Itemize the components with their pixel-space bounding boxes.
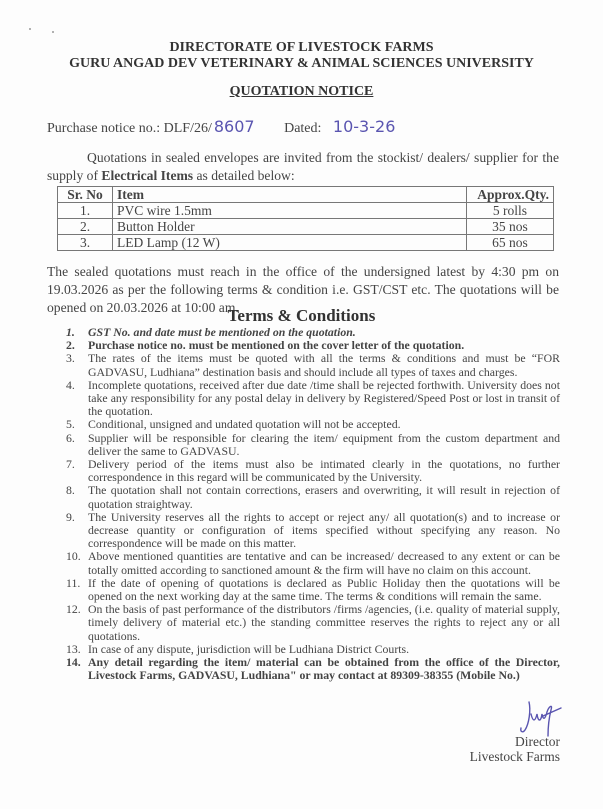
- cell-item: LED Lamp (12 W): [113, 235, 467, 251]
- cell-sr: 3.: [58, 235, 113, 251]
- term-text: The University reserves all the rights t…: [88, 510, 560, 550]
- org-name-line2: GURU ANGAD DEV VETERINARY & ANIMAL SCIEN…: [0, 56, 603, 72]
- term-number: 7.: [66, 458, 75, 471]
- term-number: 14.: [66, 656, 81, 669]
- items-table: Sr. No Item Approx.Qty. 1. PVC wire 1.5m…: [57, 186, 554, 251]
- term-item: 8.The quotation shall not contain correc…: [62, 484, 560, 510]
- term-text: Above mentioned quantities are tentative…: [88, 549, 560, 576]
- term-number: 9.: [66, 511, 75, 524]
- term-text: The quotation shall not contain correcti…: [88, 483, 560, 510]
- term-text: Any detail regarding the item/ material …: [88, 655, 560, 682]
- quotation-notice-page: DIRECTORATE OF LIVESTOCK FARMS GURU ANGA…: [0, 0, 603, 809]
- term-text: GST No. and date must be mentioned on th…: [88, 325, 356, 339]
- term-item: 10.Above mentioned quantities are tentat…: [62, 550, 560, 576]
- term-text: The rates of the items must be quoted wi…: [88, 351, 560, 378]
- signatory-title: Director: [470, 734, 560, 750]
- term-text: Purchase notice no. must be mentioned on…: [88, 338, 464, 352]
- term-number: 12.: [66, 603, 81, 616]
- term-number: 5.: [66, 418, 75, 431]
- dated-label: Dated:: [284, 121, 321, 136]
- intro-paragraph: Quotations in sealed envelopes are invit…: [47, 149, 559, 185]
- intro-text-end: as detailed below:: [193, 168, 295, 183]
- table-header-row: Sr. No Item Approx.Qty.: [58, 187, 554, 203]
- terms-list: 1.GST No. and date must be mentioned on …: [62, 326, 560, 682]
- cell-item: Button Holder: [113, 219, 467, 235]
- purchase-notice-line: Purchase notice no.: DLF/26/8607 Dated: …: [47, 117, 395, 137]
- scan-speck: [29, 28, 31, 30]
- term-item: 3.The rates of the items must be quoted …: [62, 352, 560, 378]
- term-number: 6.: [66, 432, 75, 445]
- term-item: 14.Any detail regarding the item/ materi…: [62, 656, 560, 682]
- term-text: Supplier will be responsible for clearin…: [88, 431, 560, 458]
- header-item: Item: [113, 187, 467, 203]
- term-number: 8.: [66, 484, 75, 497]
- cell-sr: 1.: [58, 203, 113, 219]
- header-qty: Approx.Qty.: [467, 187, 554, 203]
- cell-item: PVC wire 1.5mm: [113, 203, 467, 219]
- cell-sr: 2.: [58, 219, 113, 235]
- org-name-line1: DIRECTORATE OF LIVESTOCK FARMS: [0, 40, 603, 56]
- table-row: 3. LED Lamp (12 W) 65 nos: [58, 235, 554, 251]
- term-number: 4.: [66, 379, 75, 392]
- term-item: 7.Delivery period of the items must also…: [62, 458, 560, 484]
- terms-title: Terms & Conditions: [0, 306, 603, 326]
- notice-date: 10-3-26: [333, 117, 395, 136]
- purchase-notice-number: 8607: [214, 117, 255, 136]
- term-text: Incomplete quotations, received after du…: [88, 378, 560, 418]
- term-item: 11.If the date of opening of quotations …: [62, 577, 560, 603]
- term-text: On the basis of past performance of the …: [88, 602, 560, 642]
- table-row: 2. Button Holder 35 nos: [58, 219, 554, 235]
- term-number: 11.: [66, 577, 80, 590]
- signatory-organization: Livestock Farms: [440, 749, 560, 765]
- item-category: Electrical Items: [101, 168, 193, 183]
- term-item: 12.On the basis of past performance of t…: [62, 603, 560, 643]
- term-number: 3.: [66, 352, 75, 365]
- term-item: 9.The University reserves all the rights…: [62, 511, 560, 551]
- header-sr-no: Sr. No: [58, 187, 113, 203]
- scan-speck: [52, 31, 54, 33]
- cell-qty: 65 nos: [467, 235, 554, 251]
- cell-qty: 35 nos: [467, 219, 554, 235]
- purchase-notice-label: Purchase notice no.: DLF/26/: [47, 121, 212, 136]
- term-text: Delivery period of the items must also b…: [88, 457, 560, 484]
- term-text: If the date of opening of quotations is …: [88, 576, 560, 603]
- term-number: 10.: [66, 550, 81, 563]
- notice-title: QUOTATION NOTICE: [0, 84, 603, 100]
- term-text: Conditional, unsigned and undated quotat…: [88, 417, 401, 431]
- table-row: 1. PVC wire 1.5mm 5 rolls: [58, 203, 554, 219]
- cell-qty: 5 rolls: [467, 203, 554, 219]
- term-item: 6.Supplier will be responsible for clear…: [62, 432, 560, 458]
- term-item: 4.Incomplete quotations, received after …: [62, 379, 560, 419]
- term-text: In case of any dispute, jurisdiction wil…: [88, 642, 409, 656]
